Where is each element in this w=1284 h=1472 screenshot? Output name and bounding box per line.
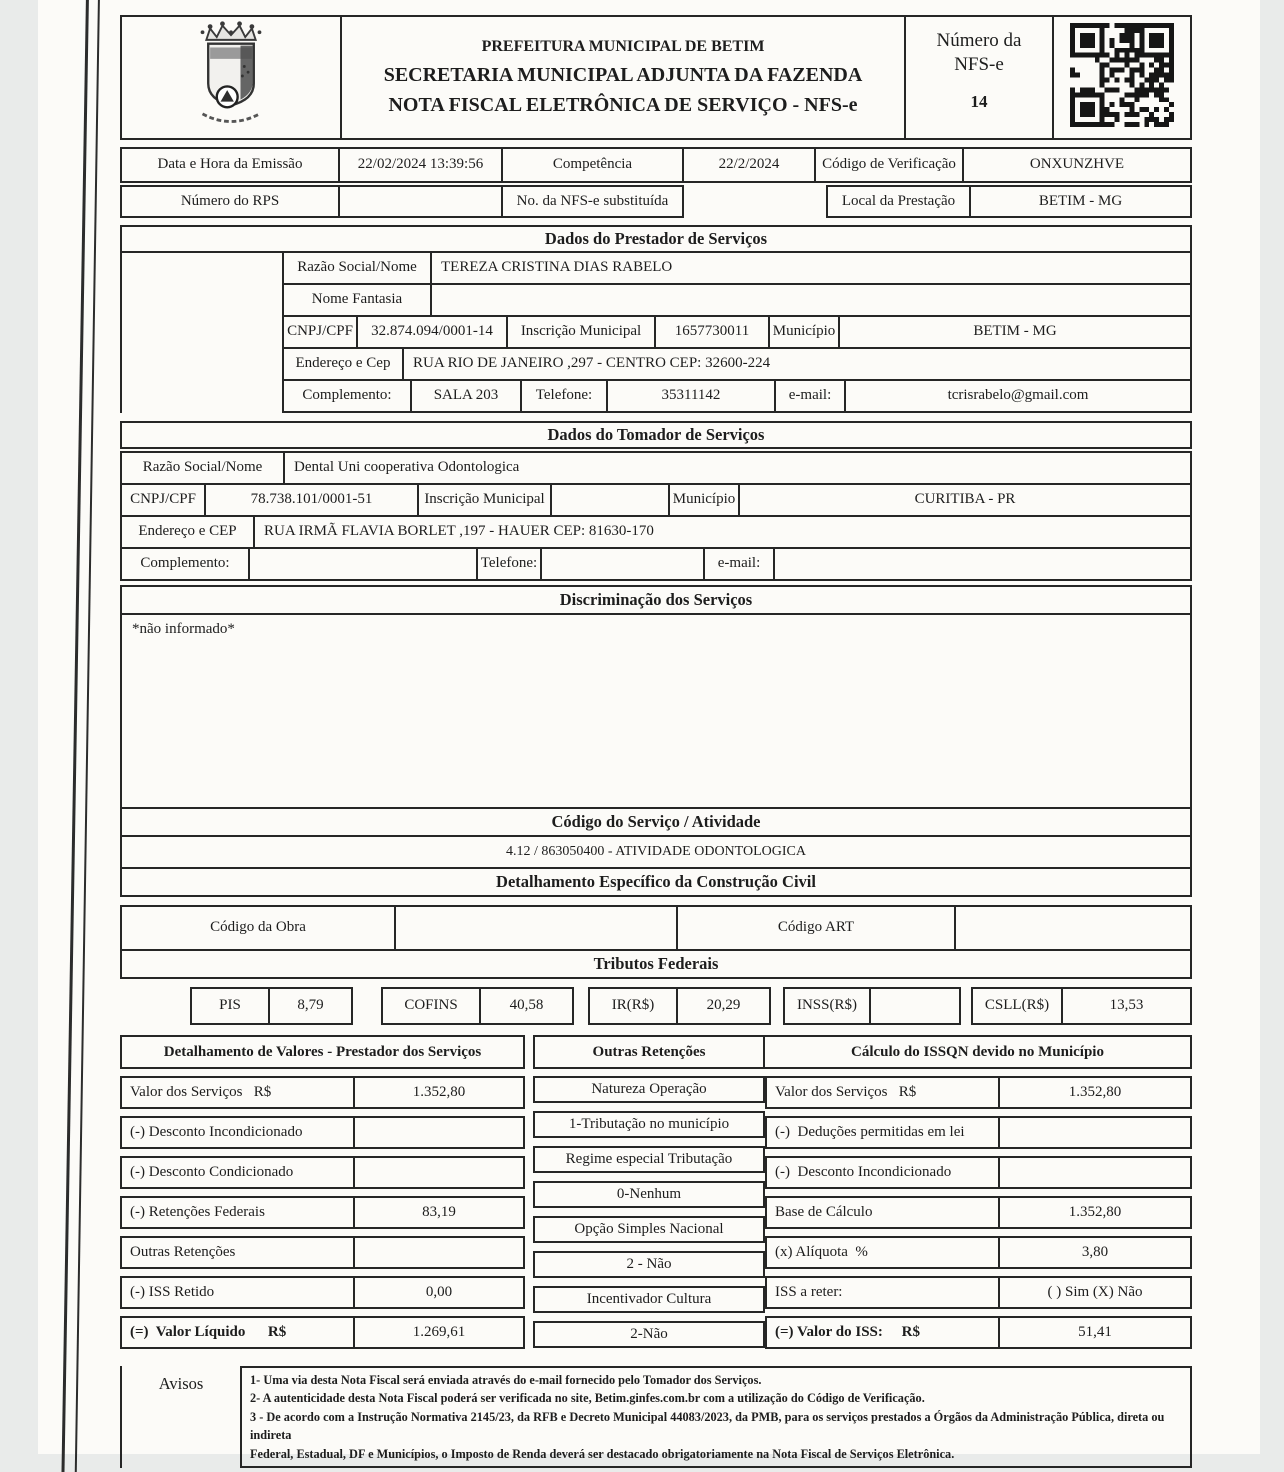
outras-retencoes-row: 2-Não xyxy=(533,1321,765,1348)
org-department: SECRETARIA MUNICIPAL ADJUNTA DA FAZENDA xyxy=(384,64,863,87)
detalhamento-row: Outras Retenções xyxy=(120,1236,525,1269)
tomador-section-title: Dados do Tomador de Serviços xyxy=(120,421,1192,449)
prestador-telefone-value: 35311142 xyxy=(606,379,776,413)
nfse-document: PREFEITURA MUNICIPAL DE BETIM SECRETARIA… xyxy=(120,15,1192,1468)
prestador-section: Razão Social/Nome TEREZA CRISTINA DIAS R… xyxy=(120,251,1192,413)
row-value: 3,80 xyxy=(998,1236,1192,1269)
detalhamento-row: (-) Retenções Federais 83,19 xyxy=(120,1196,525,1229)
tomador-razao-label: Razão Social/Nome xyxy=(120,451,285,485)
row-label: (-) Retenções Federais xyxy=(120,1196,355,1229)
codigo-servico-row: 4.12 / 863050400 - ATIVIDADE ODONTOLOGIC… xyxy=(120,835,1192,869)
tributos-title: Tributos Federais xyxy=(120,949,1192,979)
spacer xyxy=(961,987,971,1025)
tributos-row: PIS 8,79 COFINS 40,58 IR(R$) 20,29 INSS(… xyxy=(120,987,1192,1025)
qr-cell xyxy=(1052,15,1192,140)
row-value: 1.352,80 xyxy=(998,1076,1192,1109)
codigo-art-value xyxy=(954,905,1192,951)
document-title: NOTA FISCAL ELETRÔNICA DE SERVIÇO - NFS-… xyxy=(388,94,857,117)
row-label: (-) Desconto Incondicionado xyxy=(765,1156,1000,1189)
outras-retencoes-row: Natureza Operação xyxy=(533,1076,765,1103)
org-name: PREFEITURA MUNICIPAL DE BETIM xyxy=(482,38,765,56)
tomador-telefone-value xyxy=(540,547,705,581)
outras-retencoes-row: 0-Nenhum xyxy=(533,1181,765,1208)
row-value: 1.352,80 xyxy=(998,1196,1192,1229)
valores-table: Valor dos Serviços R$ 1.352,80 (-) Desco… xyxy=(120,1076,1192,1356)
nfse-number-label: Número da xyxy=(937,29,1022,53)
outras-retencoes-row: Regime especial Tributação xyxy=(533,1146,765,1173)
row-label: (-) ISS Retido xyxy=(120,1276,355,1309)
prestador-municipio-label: Município xyxy=(768,315,840,349)
issqn-header: Cálculo do ISSQN devido no Município xyxy=(763,1035,1192,1069)
row-label: (=) Valor Líquido R$ xyxy=(120,1316,355,1349)
row-value xyxy=(998,1116,1192,1149)
spacer xyxy=(771,987,783,1025)
row-label: (-) Desconto Condicionado xyxy=(120,1156,355,1189)
prestador-cnpj-row: CNPJ/CPF 32.874.094/0001-14 Inscrição Mu… xyxy=(122,315,1192,349)
qr-code-icon xyxy=(1070,23,1174,132)
csll-label: CSLL(R$) xyxy=(971,987,1063,1025)
service-location-value: BETIM - MG xyxy=(969,185,1192,218)
tomador-email-value xyxy=(773,547,1192,581)
csll-value: 13,53 xyxy=(1061,987,1192,1025)
prestador-email-label: e-mail: xyxy=(774,379,846,413)
row-label: Outras Retenções xyxy=(120,1236,355,1269)
prestador-razao-value: TEREZA CRISTINA DIAS RABELO xyxy=(430,251,1192,285)
verification-code-label: Código de Verificação xyxy=(814,147,964,183)
codigo-art-label: Código ART xyxy=(676,905,956,951)
spacer xyxy=(353,987,381,1025)
pis-label: PIS xyxy=(190,987,270,1025)
tomador-complemento-value xyxy=(248,547,478,581)
spacer xyxy=(122,251,282,285)
tomador-section: Razão Social/Nome Dental Uni cooperativa… xyxy=(120,451,1192,581)
nfse-number-cell: Número da NFS-e 14 xyxy=(904,15,1054,140)
prestador-im-label: Inscrição Municipal xyxy=(506,315,656,349)
detalhamento-valores-header: Detalhamento de Valores - Prestador dos … xyxy=(120,1035,525,1069)
avisos-line: 3 - De acordo com a Instrução Normativa … xyxy=(250,1408,1182,1445)
tomador-im-label: Inscrição Municipal xyxy=(417,483,552,517)
spacer xyxy=(122,379,282,413)
issqn-row: Base de Cálculo 1.352,80 xyxy=(765,1196,1192,1229)
row-value xyxy=(353,1116,525,1149)
betim-coat-of-arms-icon xyxy=(185,19,277,136)
avisos-label: Avisos xyxy=(122,1366,240,1468)
inss-label: INSS(R$) xyxy=(783,987,871,1025)
competencia-value: 22/2/2024 xyxy=(682,147,816,183)
prestador-cnpj-label: CNPJ/CPF xyxy=(282,315,358,349)
outras-retencoes-column: Natureza Operação 1-Tributação no municí… xyxy=(533,1076,765,1356)
tomador-municipio-label: Município xyxy=(668,483,740,517)
row-value: 51,41 xyxy=(998,1316,1192,1349)
row-label: Valor dos Serviços R$ xyxy=(120,1076,355,1109)
tomador-im-value xyxy=(550,483,670,517)
row-label: (x) Alíquota % xyxy=(765,1236,1000,1269)
row-value: 1.352,80 xyxy=(353,1076,525,1109)
tomador-cnpj-value: 78.738.101/0001-51 xyxy=(204,483,419,517)
nfse-number-label-2: NFS-e xyxy=(954,53,1004,77)
tomador-complemento-row: Complemento: Telefone: e-mail: xyxy=(120,547,1192,581)
prestador-razao-row: Razão Social/Nome TEREZA CRISTINA DIAS R… xyxy=(122,251,1192,285)
row-label: (-) Desconto Incondicionado xyxy=(120,1116,355,1149)
issqn-row: (-) Desconto Incondicionado xyxy=(765,1156,1192,1189)
nfse-number-value: 14 xyxy=(971,91,988,112)
cofins-label: COFINS xyxy=(381,987,481,1025)
prestador-fantasia-value xyxy=(430,283,1192,317)
tomador-email-label: e-mail: xyxy=(703,547,775,581)
rps-number-value xyxy=(338,185,503,218)
tomador-telefone-label: Telefone: xyxy=(476,547,542,581)
emission-date-label: Data e Hora da Emissão xyxy=(120,147,340,183)
spacer xyxy=(122,315,282,349)
detalhamento-valores-column: Valor dos Serviços R$ 1.352,80 (-) Desco… xyxy=(120,1076,525,1356)
row-value: ( ) Sim (X) Não xyxy=(998,1276,1192,1309)
issqn-row: (x) Alíquota % 3,80 xyxy=(765,1236,1192,1269)
row-value xyxy=(998,1156,1192,1189)
row-value: 83,19 xyxy=(353,1196,525,1229)
ir-value: 20,29 xyxy=(676,987,771,1025)
construcao-row: Código da Obra Código ART xyxy=(120,905,1192,951)
prestador-fantasia-label: Nome Fantasia xyxy=(282,283,432,317)
substituted-nfse-label: No. da NFS-e substituída xyxy=(501,185,684,218)
prestador-razao-label: Razão Social/Nome xyxy=(282,251,432,285)
tomador-cnpj-row: CNPJ/CPF 78.738.101/0001-51 Inscrição Mu… xyxy=(120,483,1192,517)
row-value: 0,00 xyxy=(353,1276,525,1309)
detalhamento-row: (=) Valor Líquido R$ 1.269,61 xyxy=(120,1316,525,1349)
prestador-telefone-label: Telefone: xyxy=(520,379,608,413)
prestador-cnpj-value: 32.874.094/0001-14 xyxy=(356,315,508,349)
avisos-line: 2- A autenticidade desta Nota Fiscal pod… xyxy=(250,1389,1182,1407)
codigo-servico-value: 4.12 / 863050400 - ATIVIDADE ODONTOLOGIC… xyxy=(120,835,1192,869)
prestador-complemento-label: Complemento: xyxy=(282,379,412,413)
service-location-label: Local da Prestação xyxy=(826,185,971,218)
discriminacao-section-title: Discriminação dos Serviços xyxy=(120,585,1192,615)
tomador-endereco-label: Endereço e CEP xyxy=(120,515,255,549)
issqn-row: ISS a reter: ( ) Sim (X) Não xyxy=(765,1276,1192,1309)
spacer xyxy=(684,185,826,218)
outras-retencoes-row: 1-Tributação no município xyxy=(533,1111,765,1138)
prestador-endereco-label: Endereço e Cep xyxy=(282,347,404,381)
meta-row-1: Data e Hora da Emissão 22/02/2024 13:39:… xyxy=(120,147,1192,183)
avisos-text: 1- Uma via desta Nota Fiscal será enviad… xyxy=(240,1366,1192,1468)
prestador-im-value: 1657730011 xyxy=(654,315,770,349)
cofins-value: 40,58 xyxy=(479,987,574,1025)
outras-retencoes-row: Opção Simples Nacional xyxy=(533,1216,765,1243)
prestador-complemento-value: SALA 203 xyxy=(410,379,522,413)
scanned-page: PREFEITURA MUNICIPAL DE BETIM SECRETARIA… xyxy=(0,0,1284,1472)
spacer xyxy=(525,1035,533,1069)
issqn-row: Valor dos Serviços R$ 1.352,80 xyxy=(765,1076,1192,1109)
prestador-email-value: tcrisrabelo@gmail.com xyxy=(844,379,1192,413)
outras-retencoes-row: 2 - Não xyxy=(533,1251,765,1278)
issqn-row: (-) Deduções permitidas em lei xyxy=(765,1116,1192,1149)
detalhamento-row: (-) Desconto Condicionado xyxy=(120,1156,525,1189)
codigo-obra-label: Código da Obra xyxy=(120,905,396,951)
document-header: PREFEITURA MUNICIPAL DE BETIM SECRETARIA… xyxy=(120,15,1192,140)
competencia-label: Competência xyxy=(501,147,684,183)
construcao-title: Detalhamento Específico da Construção Ci… xyxy=(120,867,1192,897)
logo-cell xyxy=(120,15,342,140)
issqn-row: (=) Valor do ISS: R$ 51,41 xyxy=(765,1316,1192,1349)
pis-value: 8,79 xyxy=(268,987,353,1025)
avisos-line: 1- Uma via desta Nota Fiscal será enviad… xyxy=(250,1371,1182,1389)
ir-label: IR(R$) xyxy=(588,987,678,1025)
spacer xyxy=(120,987,190,1025)
row-label: (-) Deduções permitidas em lei xyxy=(765,1116,1000,1149)
rps-number-label: Número do RPS xyxy=(120,185,340,218)
row-value xyxy=(353,1156,525,1189)
tomador-endereco-value: RUA IRMÃ FLAVIA BORLET ,197 - HAUER CEP:… xyxy=(253,515,1192,549)
tomador-cnpj-label: CNPJ/CPF xyxy=(120,483,206,517)
prestador-section-title: Dados do Prestador de Serviços xyxy=(120,225,1192,253)
outras-retencoes-header: Outras Retenções xyxy=(533,1035,765,1069)
header-titles: PREFEITURA MUNICIPAL DE BETIM SECRETARIA… xyxy=(340,15,906,140)
codigo-servico-title: Código do Serviço / Atividade xyxy=(120,807,1192,837)
valores-headers: Detalhamento de Valores - Prestador dos … xyxy=(120,1035,1192,1069)
row-value xyxy=(353,1236,525,1269)
tomador-razao-row: Razão Social/Nome Dental Uni cooperativa… xyxy=(120,451,1192,485)
spacer xyxy=(122,347,282,381)
tomador-endereco-row: Endereço e CEP RUA IRMÃ FLAVIA BORLET ,1… xyxy=(120,515,1192,549)
spacer xyxy=(122,283,282,317)
prestador-complemento-row: Complemento: SALA 203 Telefone: 35311142… xyxy=(122,379,1192,413)
prestador-municipio-value: BETIM - MG xyxy=(838,315,1192,349)
outras-retencoes-row: Incentivador Cultura xyxy=(533,1286,765,1313)
row-label: (=) Valor do ISS: R$ xyxy=(765,1316,1000,1349)
avisos-section: Avisos 1- Uma via desta Nota Fiscal será… xyxy=(120,1366,1192,1468)
row-label: Base de Cálculo xyxy=(765,1196,1000,1229)
inss-value xyxy=(869,987,961,1025)
detalhamento-row: (-) Desconto Incondicionado xyxy=(120,1116,525,1149)
avisos-line: Federal, Estadual, DF e Municípios, o Im… xyxy=(250,1445,1182,1463)
discriminacao-body: *não informado* xyxy=(120,613,1192,809)
tomador-razao-value: Dental Uni cooperativa Odontologica xyxy=(283,451,1192,485)
spacer xyxy=(574,987,588,1025)
tomador-complemento-label: Complemento: xyxy=(120,547,250,581)
row-label: Valor dos Serviços R$ xyxy=(765,1076,1000,1109)
codigo-obra-value xyxy=(394,905,678,951)
verification-code-value: ONXUNZHVE xyxy=(962,147,1192,183)
issqn-column: Valor dos Serviços R$ 1.352,80 (-) Deduç… xyxy=(765,1076,1192,1356)
detalhamento-row: (-) ISS Retido 0,00 xyxy=(120,1276,525,1309)
row-label: ISS a reter: xyxy=(765,1276,1000,1309)
meta-row-2: Número do RPS No. da NFS-e substituída L… xyxy=(120,185,1192,218)
emission-date-value: 22/02/2024 13:39:56 xyxy=(338,147,503,183)
detalhamento-row: Valor dos Serviços R$ 1.352,80 xyxy=(120,1076,525,1109)
prestador-endereco-value: RUA RIO DE JANEIRO ,297 - CENTRO CEP: 32… xyxy=(402,347,1192,381)
tomador-municipio-value: CURITIBA - PR xyxy=(738,483,1192,517)
prestador-fantasia-row: Nome Fantasia xyxy=(122,283,1192,317)
prestador-endereco-row: Endereço e Cep RUA RIO DE JANEIRO ,297 -… xyxy=(122,347,1192,381)
row-value: 1.269,61 xyxy=(353,1316,525,1349)
